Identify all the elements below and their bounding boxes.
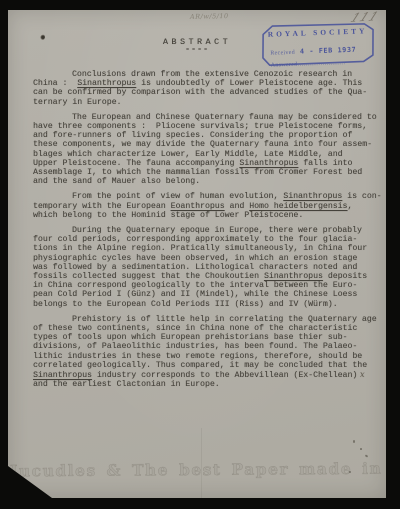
stamp-answered-label: Answered — [271, 62, 298, 69]
paragraph-fauna-components: The European and Chinese Quaternary faun… — [33, 113, 385, 187]
stamp-answered-row: Answered....................... — [270, 50, 371, 71]
ink-speck — [365, 454, 369, 457]
paragraph-conclusions: Conclusions drawn from the extensive Cen… — [33, 70, 385, 107]
stamp-answered-dots: ....................... — [297, 60, 345, 68]
ink-speck — [360, 448, 362, 450]
document-paper: AR/w/5/10 111 ABSTRACT ---- ROYAL SOCIET… — [8, 10, 386, 498]
ink-speck — [349, 471, 351, 473]
abstract-body: Conclusions drawn from the extensive Cen… — [33, 70, 385, 396]
paragraph-prehistory: Prehistory is of little help in correlat… — [33, 315, 385, 390]
paper-watermark-emboss: Jucudles & The best Paper made in — [10, 459, 386, 481]
paragraph-human-evolution: From the point of view of human evolutio… — [33, 192, 385, 220]
pencil-ref-annotation: AR/w/5/10 — [190, 11, 270, 20]
paragraph-cold-periods: During the Quaternary epoque in Europe, … — [33, 226, 385, 309]
scan-background: AR/w/5/10 111 ABSTRACT ---- ROYAL SOCIET… — [0, 0, 400, 509]
royal-society-stamp: ROYAL SOCIETY Received4 - FEB 1937 Answe… — [260, 21, 375, 67]
ink-speck — [353, 440, 355, 443]
